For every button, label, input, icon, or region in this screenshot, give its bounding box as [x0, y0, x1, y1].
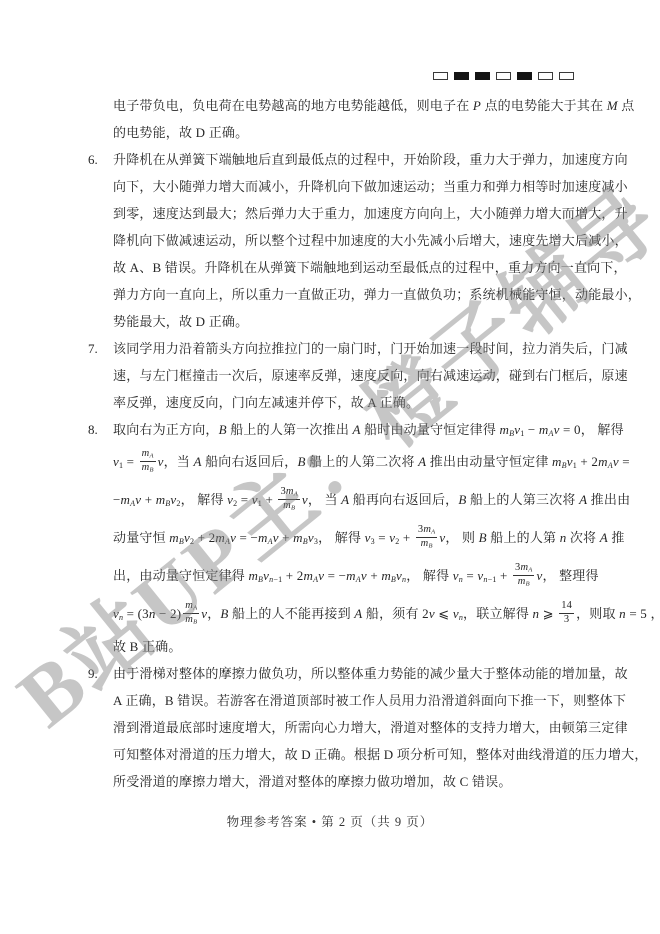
registration-mark-outline: [496, 72, 511, 80]
registration-mark-outline: [538, 72, 553, 80]
answer-line: 电子带负电，负电荷在电势越高的地方电势能越低，则电子在 P 点的电势能大于其在 …: [113, 92, 588, 119]
answer-line: 势能最大，故 D 正确。: [113, 308, 588, 335]
item-number: [88, 92, 113, 146]
answer-line: 动量守恒 mBv2 + 2mAv = −mAv + mBv3， 解得 v3 = …: [113, 519, 588, 557]
answer-line: v1 = mAmBv，当 A 船向右返回后，B 船上的人第二次将 A 推出由动量…: [113, 443, 588, 481]
answer-item-8: 8.取向右为正方向，B 船上的人第一次推出 A 船时由动量守恒定律得 mBv1 …: [88, 416, 588, 660]
answer-line: 故 B 正确。: [113, 633, 588, 660]
item-body: 取向右为正方向，B 船上的人第一次推出 A 船时由动量守恒定律得 mBv1 − …: [113, 416, 588, 660]
item-body: 该同学用力沿着箭头方向拉推拉门的一扇门时，门开始加速一段时间，拉力消失后，门减速…: [113, 335, 588, 416]
answer-line: 的电势能，故 D 正确。: [113, 119, 588, 146]
item-number: 9.: [88, 660, 113, 795]
item-number: 6.: [88, 146, 113, 335]
answer-line: 速，与左门框撞击一次后，原速率反弹，速度反向，向右减速运动，碰到右门框后，原速: [113, 362, 588, 389]
answer-line: 向下，大小随弹力增大而减小，升降机向下做加速运动；当重力和弹力相等时加速度减小: [113, 173, 588, 200]
item-number: 8.: [88, 416, 113, 660]
answer-line: 故 A、B 错误。升降机在从弹簧下端触地到运动至最低点的过程中，重力方向一直向下…: [113, 254, 588, 281]
registration-mark-outline: [433, 72, 448, 80]
registration-mark-filled: [517, 72, 532, 80]
answer-line: 该同学用力沿着箭头方向拉推拉门的一扇门时，门开始加速一段时间，拉力消失后，门减: [113, 335, 588, 362]
answer-line: 率反弹，速度反向，门向左减速并停下，故 A 正确。: [113, 389, 588, 416]
answer-line: 降机向下做减速运动，所以整个过程中加速度的大小先减小后增大，速度先增大后减小，: [113, 227, 588, 254]
answer-item-9: 9.由于滑梯对整体的摩擦力做负功，所以整体重力势能的减少量大于整体动能的增加量，…: [88, 660, 588, 795]
item-body: 电子带负电，负电荷在电势越高的地方电势能越低，则电子在 P 点的电势能大于其在 …: [113, 92, 588, 146]
answer-line: 出，由动量守恒定律得 mBvn−1 + 2mAv = −mAv + mBvn， …: [113, 557, 588, 595]
answer-line: A 正确，B 错误。若游客在滑道顶部时被工作人员用力沿滑道斜面向下推一下，则整体…: [113, 687, 588, 714]
page-footer: 物理参考答案 • 第 2 页（共 9 页）: [0, 812, 660, 830]
document-page: B站UP主：橙子辅导 电子带负电，负电荷在电势越高的地方电势能越低，则电子在 P…: [0, 0, 660, 934]
answer-line: 到零，速度达到最大；然后弹力大于重力，加速度方向向上，大小随弹力增大而增大，升: [113, 200, 588, 227]
answer-item-6: 6.升降机在从弹簧下端触地后直到最低点的过程中，开始阶段，重力大于弹力，加速度方…: [88, 146, 588, 335]
registration-marks: [433, 72, 574, 80]
answers: 电子带负电，负电荷在电势越高的地方电势能越低，则电子在 P 点的电势能大于其在 …: [88, 92, 588, 795]
answer-item-7: 7.该同学用力沿着箭头方向拉推拉门的一扇门时，门开始加速一段时间，拉力消失后，门…: [88, 335, 588, 416]
answer-line: 升降机在从弹簧下端触地后直到最低点的过程中，开始阶段，重力大于弹力，加速度方向: [113, 146, 588, 173]
answer-line: 所受滑道的摩擦力增大，滑道对整体的摩擦力做功增加，故 C 错误。: [113, 768, 588, 795]
answer-item-intro: 电子带负电，负电荷在电势越高的地方电势能越低，则电子在 P 点的电势能大于其在 …: [88, 92, 588, 146]
answer-line: 由于滑梯对整体的摩擦力做负功，所以整体重力势能的减少量大于整体动能的增加量，故: [113, 660, 588, 687]
answer-line: vn = (3n − 2)mAmBv，B 船上的人不能再接到 A 船，须有 2v…: [113, 595, 588, 633]
item-number: 7.: [88, 335, 113, 416]
answer-line: 取向右为正方向，B 船上的人第一次推出 A 船时由动量守恒定律得 mBv1 − …: [113, 416, 588, 443]
registration-mark-filled: [454, 72, 469, 80]
answer-line: 可知整体对滑道的压力增大，故 D 正确。根据 D 项分析可知，整体对曲线滑道的压…: [113, 741, 588, 768]
answer-line: 弹力方向一直向上，所以重力一直做正功，弹力一直做负功；系统机械能守恒，动能最小，: [113, 281, 588, 308]
answer-line: −mAv + mBv2， 解得 v2 = v1 + 3mAmBv， 当 A 船再…: [113, 481, 588, 519]
item-body: 升降机在从弹簧下端触地后直到最低点的过程中，开始阶段，重力大于弹力，加速度方向向…: [113, 146, 588, 335]
item-body: 由于滑梯对整体的摩擦力做负功，所以整体重力势能的减少量大于整体动能的增加量，故A…: [113, 660, 588, 795]
answer-line: 滑到滑道最底部时速度增大，所需向心力增大，滑道对整体的支持力增大，由顿第三定律: [113, 714, 588, 741]
registration-mark-filled: [475, 72, 490, 80]
registration-mark-outline: [559, 72, 574, 80]
